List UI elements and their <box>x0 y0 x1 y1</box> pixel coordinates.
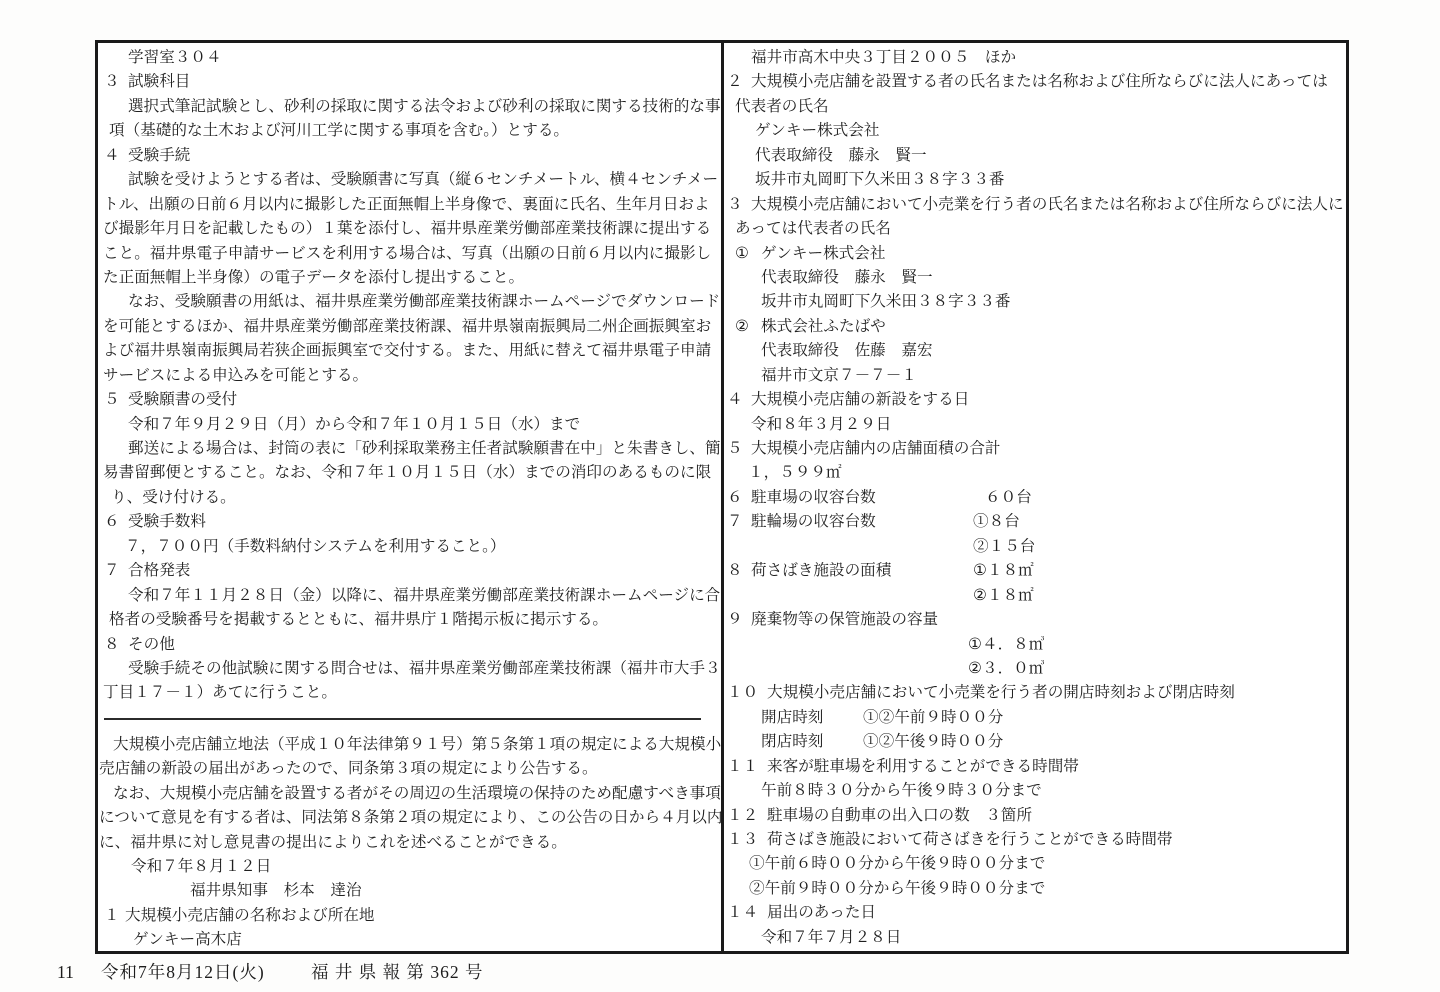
document-line: １４届出のあった日 <box>727 901 1345 925</box>
document-line: １３荷さばき施設において荷さばきを行うことができる時間帯 <box>727 828 1345 852</box>
document-line: ４大規模小売店舗の新設をする日 <box>727 388 1345 412</box>
document-line: り、受け付ける。 <box>97 486 715 510</box>
text-segment: 株式会社ふたばや <box>761 315 886 339</box>
text-segment: サービスによる申込みを可能とする。 <box>103 364 368 388</box>
text-segment: り、受け付ける。 <box>111 486 236 510</box>
document-line: ②１８㎡ <box>727 584 1345 608</box>
text-segment: １ <box>104 904 120 928</box>
document-line: 令和７年９月２９日（月）から令和７年１０月１５日（水）まで <box>97 413 715 437</box>
document-line: び撮影年月日を記載したもの）１葉を添付し、福井県産業労働部産業技術課に提出する <box>97 217 715 241</box>
text-segment: 大規模小売店舗において小売業を行う者の氏名または名称および住所ならびに法人に <box>751 193 1344 217</box>
document-line: ②１５台 <box>727 535 1345 559</box>
text-segment: 大規模小売店舗の新設をする日 <box>751 388 969 412</box>
text-segment: 荷さばき施設において荷さばきを行うことができる時間帯 <box>767 828 1172 852</box>
text-segment: こと。福井県電子申請サービスを利用する場合は、写真（出願の日前６月以内に撮影し <box>103 242 711 266</box>
text-segment: 駐輪場の収容台数 <box>751 510 876 534</box>
document-line: 学習室３０４ <box>97 46 715 70</box>
document-line: 選択式筆記試験とし、砂利の採取に関する法令および砂利の採取に関する技術的な事 <box>97 95 715 119</box>
text-segment: び撮影年月日を記載したもの）１葉を添付し、福井県産業労働部産業技術課に提出する <box>103 217 711 241</box>
document-line: ４受験手続 <box>97 144 715 168</box>
document-line: １，５９９㎡ <box>727 461 1345 485</box>
text-segment: 選択式筆記試験とし、砂利の採取に関する法令および砂利の採取に関する技術的な事 <box>128 95 721 119</box>
text-segment: ５ <box>104 388 120 412</box>
document-line: ３試験科目 <box>97 70 715 94</box>
text-segment: ４ <box>727 388 743 412</box>
document-line: ５受験願書の受付 <box>97 388 715 412</box>
document-line: 令和７年８月１２日 <box>97 855 715 879</box>
right-column: 福井市高木中央３丁目２００５ ほか２大規模小売店舗を設置する者の氏名または名称お… <box>727 46 1345 950</box>
text-segment: ①１８㎡ <box>973 559 1034 583</box>
text-segment: なお、大規模小売店舗を設置する者がその周辺の生活環境の保持のため配慮すべき事項 <box>113 782 721 806</box>
text-segment: なお、受験願書の用紙は、福井県産業労働部産業技術課ホームページでダウンロード <box>128 290 720 314</box>
text-segment: ８ <box>104 633 120 657</box>
text-segment: 令和８年３月２９日 <box>751 413 891 437</box>
document-line: を可能とするほか、福井県産業労働部産業技術課、福井県嶺南振興局二州企画振興室お <box>97 315 715 339</box>
document-line: に、福井県に対し意見書の提出によりこれを述べることができる。 <box>97 831 715 855</box>
document-line: 福井市文京７－７－１ <box>727 364 1345 388</box>
document-line: トル、出願の日前６月以内に撮影した正面無帽上半身像で、裏面に氏名、生年月日およ <box>97 193 715 217</box>
text-segment: 駐車場の自動車の出入口の数 ３箇所 <box>767 804 1032 828</box>
footer-date: 令和7年8月12日(火) <box>101 960 265 984</box>
text-segment: 福井県知事 杉本 達治 <box>190 879 362 903</box>
document-line: ②株式会社ふたばや <box>727 315 1345 339</box>
gazette-page: 学習室３０４３試験科目選択式筆記試験とし、砂利の採取に関する法令および砂利の採取… <box>0 0 1440 992</box>
document-line: 福井市高木中央３丁目２００５ ほか <box>727 46 1345 70</box>
text-segment: ６０台 <box>985 486 1032 510</box>
document-line: ゲンキー高木店 <box>97 928 715 952</box>
left-column: 学習室３０４３試験科目選択式筆記試験とし、砂利の採取に関する法令および砂利の採取… <box>97 46 715 953</box>
document-line: ②３．０㎥ <box>727 657 1345 681</box>
document-line: ５大規模小売店舗内の店舗面積の合計 <box>727 437 1345 461</box>
text-segment: ５ <box>727 437 743 461</box>
text-segment: ４ <box>104 144 120 168</box>
document-line: 代表者の氏名 <box>727 95 1345 119</box>
document-line: 坂井市丸岡町下久米田３８字３３番 <box>727 168 1345 192</box>
document-line: 大規模小売店舗立地法（平成１０年法律第９１号）第５条第１項の規定による大規模小 <box>97 733 715 757</box>
text-segment: ３ <box>104 70 120 94</box>
text-segment: ②１５台 <box>973 535 1035 559</box>
document-line: 令和８年３月２９日 <box>727 413 1345 437</box>
text-segment: 代表取締役 藤永 賢一 <box>761 266 933 290</box>
document-line: よび福井県嶺南振興局若狭企画振興室で交付する。また、用紙に替えて福井県電子申請 <box>97 339 715 363</box>
text-segment: 試験を受けようとする者は、受験願書に写真（縦６センチメートル、横４センチメー <box>128 168 718 192</box>
document-line: 代表取締役 藤永 賢一 <box>727 266 1345 290</box>
document-line: 閉店時刻①②午後９時００分 <box>727 730 1345 754</box>
document-line: 開店時刻①②午前９時００分 <box>727 706 1345 730</box>
document-line: なお、受験願書の用紙は、福井県産業労働部産業技術課ホームページでダウンロード <box>97 290 715 314</box>
text-segment: 閉店時刻 <box>761 730 823 754</box>
document-line: 令和７年１１月２８日（金）以降に、福井県産業労働部産業技術課ホームページに合 <box>97 584 715 608</box>
document-line: 格者の受験番号を掲載するとともに、福井県庁１階掲示板に掲示する。 <box>97 608 715 632</box>
text-segment: について意見を有する者は、同法第８条第２項の規定により、この公告の日から４月以内 <box>99 806 722 830</box>
document-line: 福井県知事 杉本 達治 <box>97 879 715 903</box>
text-segment: 届出のあった日 <box>767 901 876 925</box>
text-segment: ①②午後９時００分 <box>863 730 1003 754</box>
text-segment: を可能とするほか、福井県産業労働部産業技術課、福井県嶺南振興局二州企画振興室お <box>103 315 711 339</box>
document-line: 郵送による場合は、封筒の表に「砂利採取業務主任者試験願書在中」と朱書きし、簡 <box>97 437 715 461</box>
text-segment: １４ <box>727 901 758 925</box>
text-segment: ②１８㎡ <box>973 584 1034 608</box>
text-segment: 郵送による場合は、封筒の表に「砂利採取業務主任者試験願書在中」と朱書きし、簡 <box>128 437 721 461</box>
document-line: 坂井市丸岡町下久米田３８字３３番 <box>727 290 1345 314</box>
text-segment: 荷さばき施設の面積 <box>751 559 891 583</box>
text-segment: 福井市文京７－７－１ <box>761 364 917 388</box>
text-segment: 大規模小売店舗を設置する者の氏名または名称および住所ならびに法人にあっては <box>751 70 1328 94</box>
document-line: なお、大規模小売店舗を設置する者がその周辺の生活環境の保持のため配慮すべき事項 <box>97 782 715 806</box>
text-segment: 大規模小売店舗内の店舗面積の合計 <box>751 437 1001 461</box>
document-line: １大規模小売店舗の名称および所在地 <box>97 904 715 928</box>
text-segment: 駐車場の収容台数 <box>751 486 876 510</box>
text-segment: 大規模小売店舗の名称および所在地 <box>125 904 375 928</box>
text-segment: ①４．８㎥ <box>968 633 1044 657</box>
section-divider <box>104 718 701 720</box>
text-segment: 福井市高木中央３丁目２００５ ほか <box>751 46 1016 70</box>
text-segment: 令和７年９月２９日（月）から令和７年１０月１５日（水）まで <box>128 413 580 437</box>
document-line: ７，７００円（手数料納付システムを利用すること。） <box>97 535 715 559</box>
text-segment: 廃棄物等の保管施設の容量 <box>751 608 938 632</box>
text-segment: 受験手続その他試験に関する問合せは、福井県産業労働部産業技術課（福井市大手３ <box>128 657 721 681</box>
document-line: 代表取締役 佐藤 嘉宏 <box>727 339 1345 363</box>
document-line: こと。福井県電子申請サービスを利用する場合は、写真（出願の日前６月以内に撮影し <box>97 242 715 266</box>
text-segment: ９ <box>727 608 743 632</box>
text-segment: ゲンキー株式会社 <box>755 119 879 143</box>
text-segment: １，５９９㎡ <box>748 461 842 485</box>
document-line: １２駐車場の自動車の出入口の数 ３箇所 <box>727 804 1345 828</box>
text-segment: ②３．０㎥ <box>968 657 1044 681</box>
document-line: 試験を受けようとする者は、受験願書に写真（縦６センチメートル、横４センチメー <box>97 168 715 192</box>
text-segment: １０ <box>727 681 758 705</box>
text-segment: 令和７年７月２８日 <box>761 926 901 950</box>
text-segment: 受験願書の受付 <box>128 388 237 412</box>
document-line: ７合格発表 <box>97 559 715 583</box>
document-line: た正面無帽上半身像）の電子データを添付し提出すること。 <box>97 266 715 290</box>
text-segment: ３ <box>727 193 743 217</box>
document-line: ６受験手数料 <box>97 510 715 534</box>
text-segment: ② <box>735 315 749 339</box>
document-line: 午前８時３０分から午後９時３０分まで <box>727 779 1345 803</box>
text-segment: あっては代表者の氏名 <box>735 217 891 241</box>
text-segment: 代表取締役 藤永 賢一 <box>755 144 927 168</box>
text-segment: 丁目１７－１）あてに行うこと。 <box>103 681 337 705</box>
text-segment: ゲンキー株式会社 <box>761 242 885 266</box>
document-line: １０大規模小売店舗において小売業を行う者の開店時刻および閉店時刻 <box>727 681 1345 705</box>
text-segment: 受験手数料 <box>128 510 206 534</box>
text-segment: 令和７年８月１２日 <box>131 855 271 879</box>
text-segment: に、福井県に対し意見書の提出によりこれを述べることができる。 <box>99 831 567 855</box>
text-segment: 易書留郵便とすること。なお、令和７年１０月１５日（水）までの消印のあるものに限 <box>103 461 711 485</box>
text-segment: 午前８時３０分から午後９時３０分まで <box>761 779 1042 803</box>
document-line: 丁目１７－１）あてに行うこと。 <box>97 681 715 705</box>
document-line: 項（基礎的な土木および河川工学に関する事項を含む。）とする。 <box>97 119 715 143</box>
footer-gazette-title: 福 井 県 報 第 362 号 <box>311 960 484 984</box>
text-segment: １２ <box>727 804 758 828</box>
text-segment: ①８台 <box>973 510 1020 534</box>
text-segment: 受験手続 <box>128 144 190 168</box>
text-segment: 来客が駐車場を利用することができる時間帯 <box>767 755 1079 779</box>
page-footer: 11 令和7年8月12日(火) 福 井 県 報 第 362 号 <box>0 960 1440 988</box>
text-segment: 試験科目 <box>128 70 190 94</box>
text-segment: ２ <box>727 70 743 94</box>
text-segment: 格者の受験番号を掲載するとともに、福井県庁１階掲示板に掲示する。 <box>109 608 608 632</box>
document-line: 代表取締役 藤永 賢一 <box>727 144 1345 168</box>
text-segment: トル、出願の日前６月以内に撮影した正面無帽上半身像で、裏面に氏名、生年月日およ <box>103 193 710 217</box>
document-line: あっては代表者の氏名 <box>727 217 1345 241</box>
text-segment: た正面無帽上半身像）の電子データを添付し提出すること。 <box>103 266 524 290</box>
document-line: ７駐輪場の収容台数①８台 <box>727 510 1345 534</box>
text-segment: 代表者の氏名 <box>735 95 829 119</box>
text-segment: ６ <box>727 486 743 510</box>
text-segment: ① <box>735 242 749 266</box>
text-segment: 大規模小売店舗立地法（平成１０年法律第９１号）第５条第１項の規定による大規模小 <box>113 733 721 757</box>
text-segment: 開店時刻 <box>761 706 823 730</box>
document-line: ８荷さばき施設の面積①１８㎡ <box>727 559 1345 583</box>
text-segment: ７ <box>727 510 743 534</box>
text-segment: ７，７００円（手数料納付システムを利用すること。） <box>125 535 505 559</box>
page-number: 11 <box>57 960 74 984</box>
document-line: 易書留郵便とすること。なお、令和７年１０月１５日（水）までの消印のあるものに限 <box>97 461 715 485</box>
text-segment: ７ <box>104 559 120 583</box>
document-line: １１来客が駐車場を利用することができる時間帯 <box>727 755 1345 779</box>
text-segment: その他 <box>128 633 175 657</box>
text-segment: 学習室３０４ <box>128 46 222 70</box>
document-line: サービスによる申込みを可能とする。 <box>97 364 715 388</box>
document-line: 令和７年７月２８日 <box>727 926 1345 950</box>
document-line: ①午前６時００分から午後９時００分まで <box>727 852 1345 876</box>
text-segment: 代表取締役 佐藤 嘉宏 <box>761 339 933 363</box>
document-line: ６駐車場の収容台数６０台 <box>727 486 1345 510</box>
text-segment: ①午前６時００分から午後９時００分まで <box>749 852 1045 876</box>
document-line: ２大規模小売店舗を設置する者の氏名または名称および住所ならびに法人にあっては <box>727 70 1345 94</box>
document-line: ②午前９時００分から午後９時００分まで <box>727 877 1345 901</box>
text-segment: ゲンキー高木店 <box>133 928 242 952</box>
document-line: 受験手続その他試験に関する問合せは、福井県産業労働部産業技術課（福井市大手３ <box>97 657 715 681</box>
text-segment: 項（基礎的な土木および河川工学に関する事項を含む。）とする。 <box>109 119 569 143</box>
text-segment: 坂井市丸岡町下久米田３８字３３番 <box>761 290 1011 314</box>
text-segment: よび福井県嶺南振興局若狭企画振興室で交付する。また、用紙に替えて福井県電子申請 <box>103 339 711 363</box>
document-line: ①ゲンキー株式会社 <box>727 242 1345 266</box>
text-segment: １１ <box>727 755 758 779</box>
text-segment: 令和７年１１月２８日（金）以降に、福井県産業労働部産業技術課ホームページに合 <box>128 584 720 608</box>
document-line: ３大規模小売店舗において小売業を行う者の氏名または名称および住所ならびに法人に <box>727 193 1345 217</box>
document-line: 売店舗の新設の届出があったので、同条第３項の規定により公告する。 <box>97 757 715 781</box>
text-segment: 合格発表 <box>128 559 190 583</box>
document-line: ９廃棄物等の保管施設の容量 <box>727 608 1345 632</box>
text-segment: ②午前９時００分から午後９時００分まで <box>749 877 1045 901</box>
text-segment: ８ <box>727 559 743 583</box>
document-line: ①４．８㎥ <box>727 633 1345 657</box>
text-segment: ①②午前９時００分 <box>863 706 1003 730</box>
text-segment: １３ <box>727 828 758 852</box>
text-segment: 売店舗の新設の届出があったので、同条第３項の規定により公告する。 <box>99 757 598 781</box>
text-segment: 坂井市丸岡町下久米田３８字３３番 <box>755 168 1005 192</box>
document-line: ゲンキー株式会社 <box>727 119 1345 143</box>
document-line: ８その他 <box>97 633 715 657</box>
document-line: について意見を有する者は、同法第８条第２項の規定により、この公告の日から４月以内 <box>97 806 715 830</box>
text-segment: 大規模小売店舗において小売業を行う者の開店時刻および閉店時刻 <box>767 681 1235 705</box>
text-segment: ６ <box>104 510 120 534</box>
